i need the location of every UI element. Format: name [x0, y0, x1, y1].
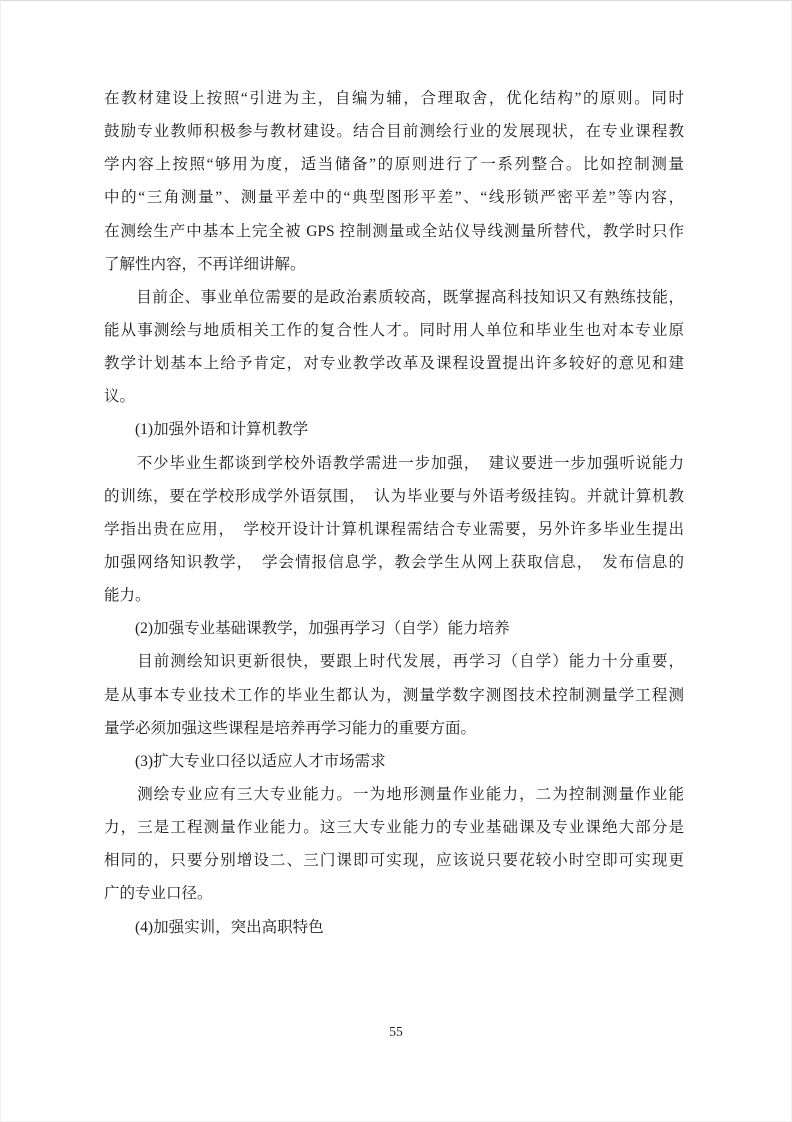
text-line: 量学必须加强这些课程是培养再学习能力的重要方面。: [104, 712, 684, 745]
text-line: 能从事测绘与地质相关工作的复合性人才。同时用人单位和毕业生也对本专业原: [104, 314, 684, 347]
heading-line: (4)加强实训，突出高职特色: [104, 911, 684, 944]
text-line: 测绘专业应有三大专业能力。一为地形测量作业能力，二为控制测量作业能: [104, 778, 684, 811]
text-line: 了解性内容，不再详细讲解。: [104, 248, 684, 281]
text-line: 不少毕业生都谈到学校外语教学需进一步加强， 建议要进一步加强听说能力: [104, 447, 684, 480]
text-line: 学内容上按照“够用为度，适当储备”的原则进行了一系列整合。比如控制测量: [104, 148, 684, 181]
text-line: 相同的，只要分别增设二、三门课即可实现，应该说只要花较小时空即可实现更: [104, 844, 684, 877]
text-line: 教学计划基本上给予肯定，对专业教学改革及课程设置提出许多较好的意见和建: [104, 347, 684, 380]
text-line: 鼓励专业教师积极参与教材建设。结合目前测绘行业的发展现状，在专业课程教: [104, 115, 684, 148]
text-line: 的训练，要在学校形成学外语氛围， 认为毕业要与外语考级挂钩。并就计算机教: [104, 480, 684, 513]
text-line: 在教材建设上按照“引进为主，自编为辅，合理取舍，优化结构”的原则。同时: [104, 82, 684, 115]
text-line: 能力。: [104, 579, 684, 612]
text-line: 目前测绘知识更新很快，要跟上时代发展，再学习（自学）能力十分重要，: [104, 645, 684, 678]
text-line: 议。: [104, 380, 684, 413]
text-line: 是从事本专业技术工作的毕业生都认为，测量学数字测图技术控制测量学工程测: [104, 679, 684, 712]
text-line: 学指出贵在应用， 学校开设计计算机课程需结合专业需要，另外许多毕业生提出: [104, 513, 684, 546]
text-line: 加强网络知识教学， 学会情报信息学，教会学生从网上获取信息， 发布信息的: [104, 546, 684, 579]
document-page: 在教材建设上按照“引进为主，自编为辅，合理取舍，优化结构”的原则。同时鼓励专业教…: [0, 0, 792, 1122]
text-line: 在测绘生产中基本上完全被 GPS 控制测量或全站仪导线测量所替代，教学时只作: [104, 215, 684, 248]
page-text: 在教材建设上按照“引进为主，自编为辅，合理取舍，优化结构”的原则。同时鼓励专业教…: [104, 82, 684, 944]
heading-line: (1)加强外语和计算机教学: [104, 413, 684, 446]
text-line: 中的“三角测量”、测量平差中的“典型图形平差”、“线形锁严密平差”等内容，: [104, 181, 684, 214]
text-line: 力，三是工程测量作业能力。这三大专业能力的专业基础课及专业课绝大部分是: [104, 811, 684, 844]
heading-line: (3)扩大专业口径以适应人才市场需求: [104, 745, 684, 778]
heading-line: (2)加强专业基础课教学，加强再学习（自学）能力培养: [104, 612, 684, 645]
page-number: 55: [1, 1023, 791, 1041]
text-line: 目前企、事业单位需要的是政治素质较高，既掌握高科技知识又有熟练技能，: [104, 281, 684, 314]
text-line: 广的专业口径。: [104, 877, 684, 910]
